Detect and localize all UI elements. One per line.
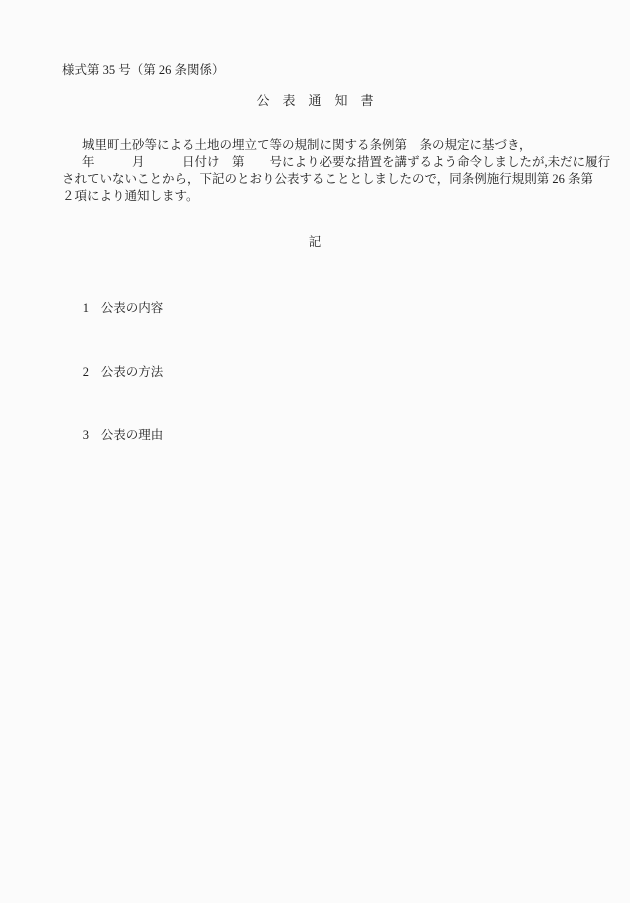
paragraph-line-4: ２項により通知します。 bbox=[62, 188, 602, 205]
item-3-label: 公表の理由 bbox=[101, 428, 164, 442]
body-paragraph: 城里町土砂等による土地の埋立て等の規制に関する条例第 条の規定に基づき， 年 月… bbox=[62, 137, 602, 205]
item-2-label: 公表の方法 bbox=[101, 365, 164, 379]
ki-heading: 記 bbox=[0, 234, 630, 250]
list-item-1: 1公表の内容 bbox=[64, 284, 163, 332]
item-1-label: 公表の内容 bbox=[101, 301, 164, 315]
form-number: 様式第 35 号（第 26 条関係） bbox=[62, 62, 225, 78]
paragraph-line-1: 城里町土砂等による土地の埋立て等の規制に関する条例第 条の規定に基づき， bbox=[62, 137, 602, 154]
paragraph-line-3: されていないことから，下記のとおり公表することとしましたので，同条例施行規則第 … bbox=[62, 171, 602, 188]
document-page: 様式第 35 号（第 26 条関係） 公 表 通 知 書 城里町土砂等による土地… bbox=[0, 0, 630, 903]
item-2-number: 2 bbox=[83, 364, 101, 380]
document-title: 公 表 通 知 書 bbox=[0, 93, 630, 109]
paragraph-line-2: 年 月 日付け 第 号により必要な措置を講ずるよう命令しましたが,未だに履行 bbox=[62, 154, 602, 171]
item-3-number: 3 bbox=[83, 427, 101, 443]
list-item-3: 3公表の理由 bbox=[64, 411, 163, 459]
item-1-number: 1 bbox=[83, 300, 101, 316]
list-item-2: 2公表の方法 bbox=[64, 348, 163, 396]
